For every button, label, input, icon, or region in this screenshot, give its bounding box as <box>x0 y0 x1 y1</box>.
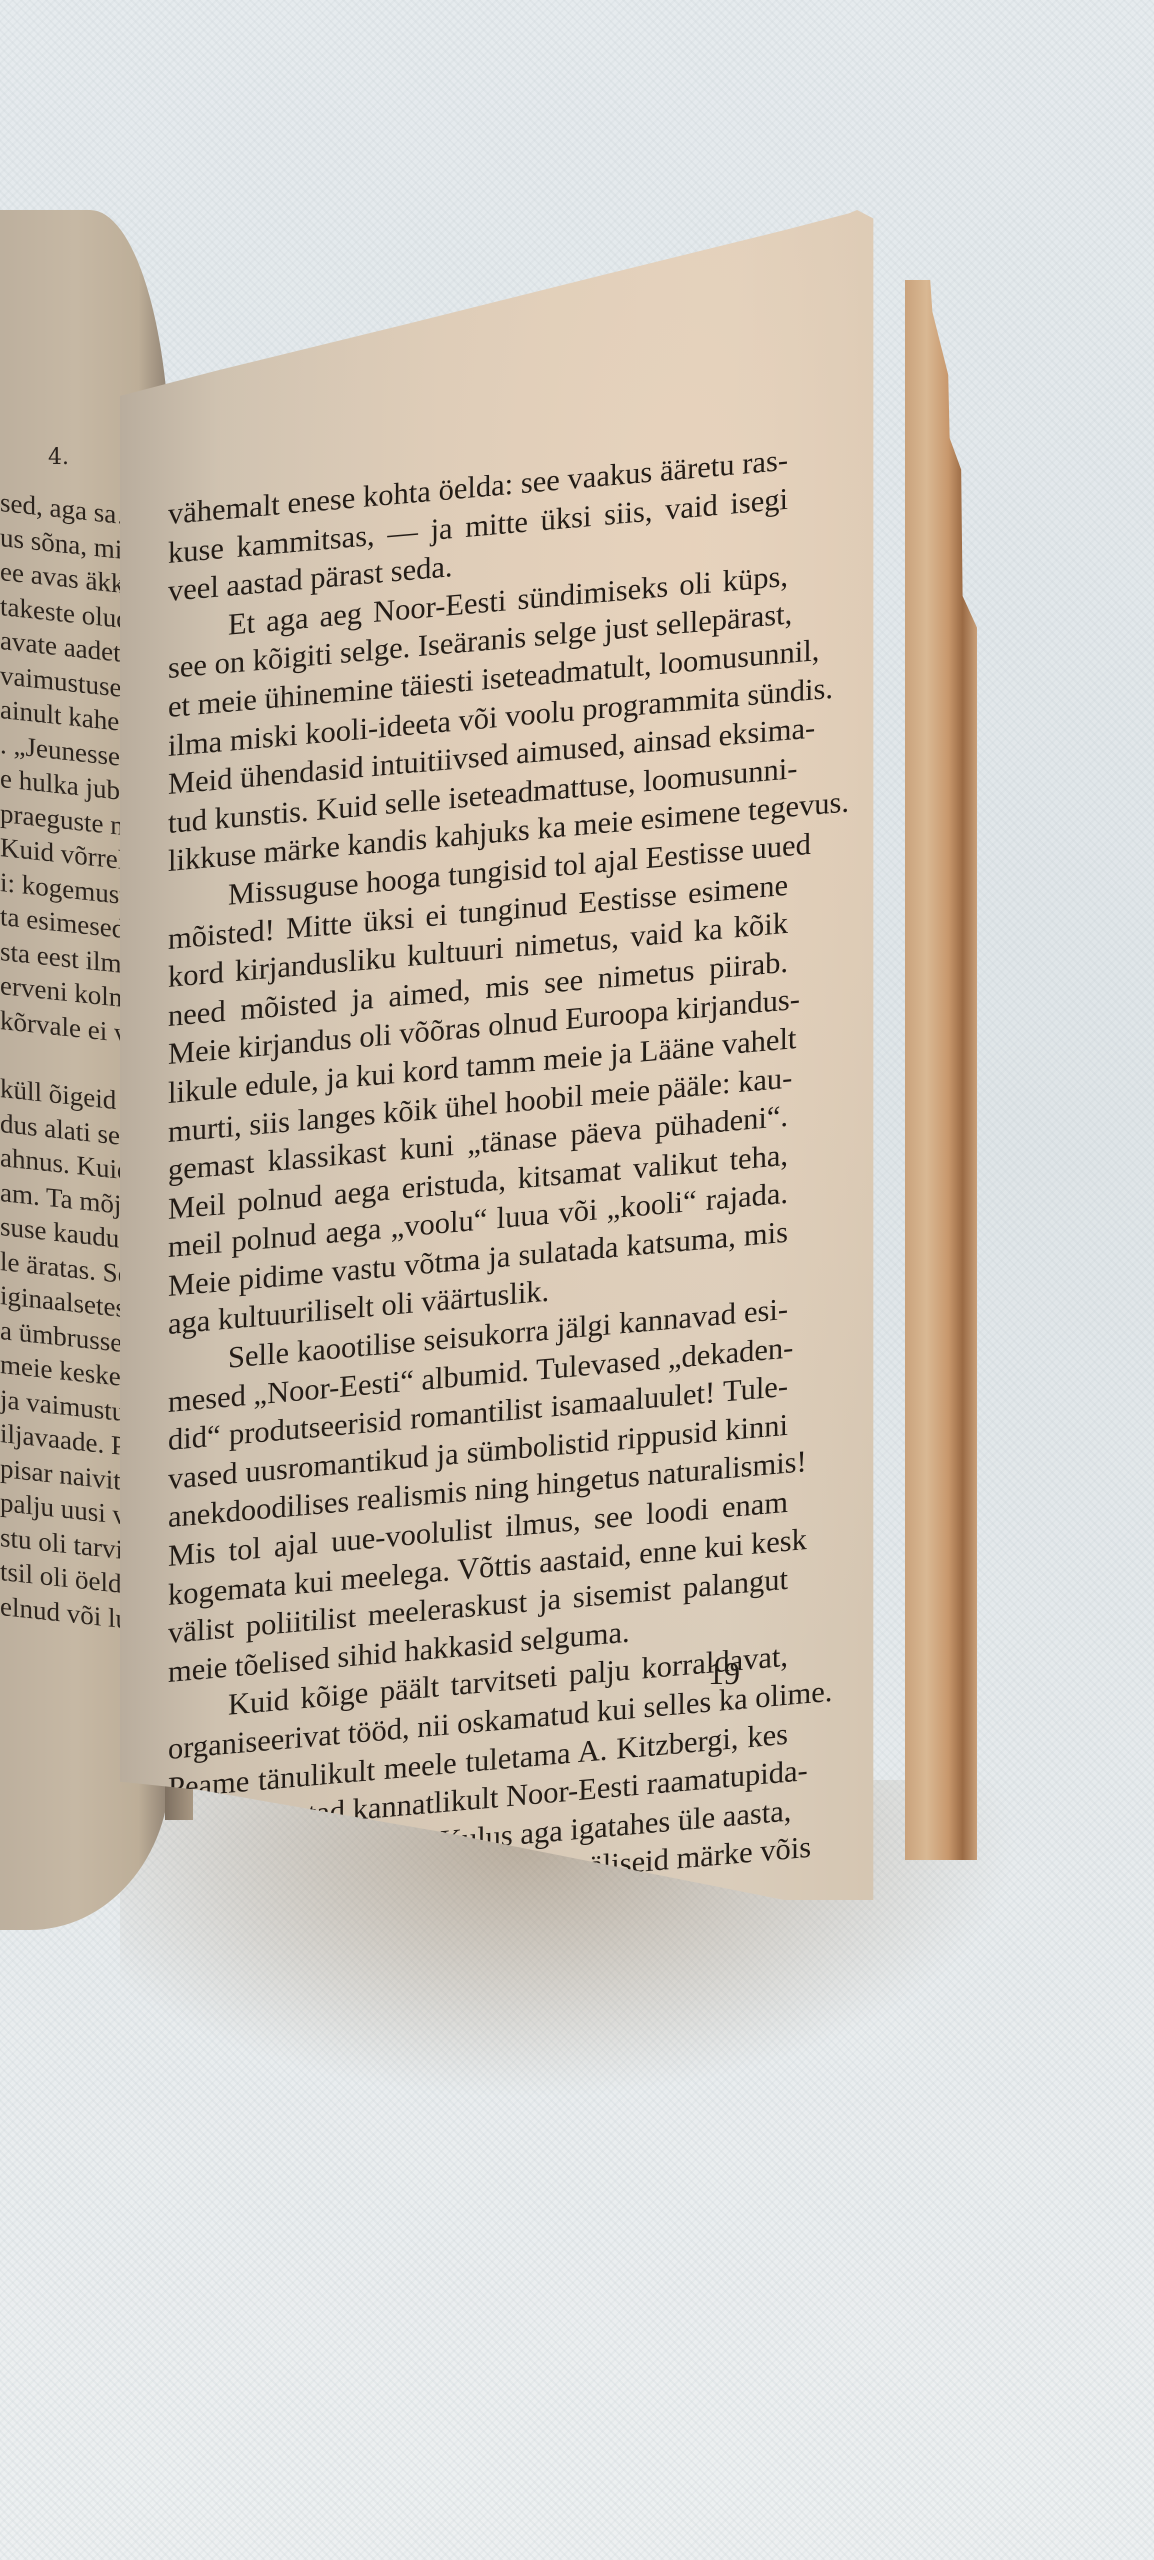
chapter-number: 4. <box>48 445 69 470</box>
page-block-edge <box>905 280 977 1860</box>
right-page: vähemalt enese kohta öelda: see vaakus ä… <box>120 210 930 1900</box>
page-number: 19 <box>708 1655 740 1692</box>
right-page-text: vähemalt enese kohta öelda: see vaakus ä… <box>168 441 788 1923</box>
